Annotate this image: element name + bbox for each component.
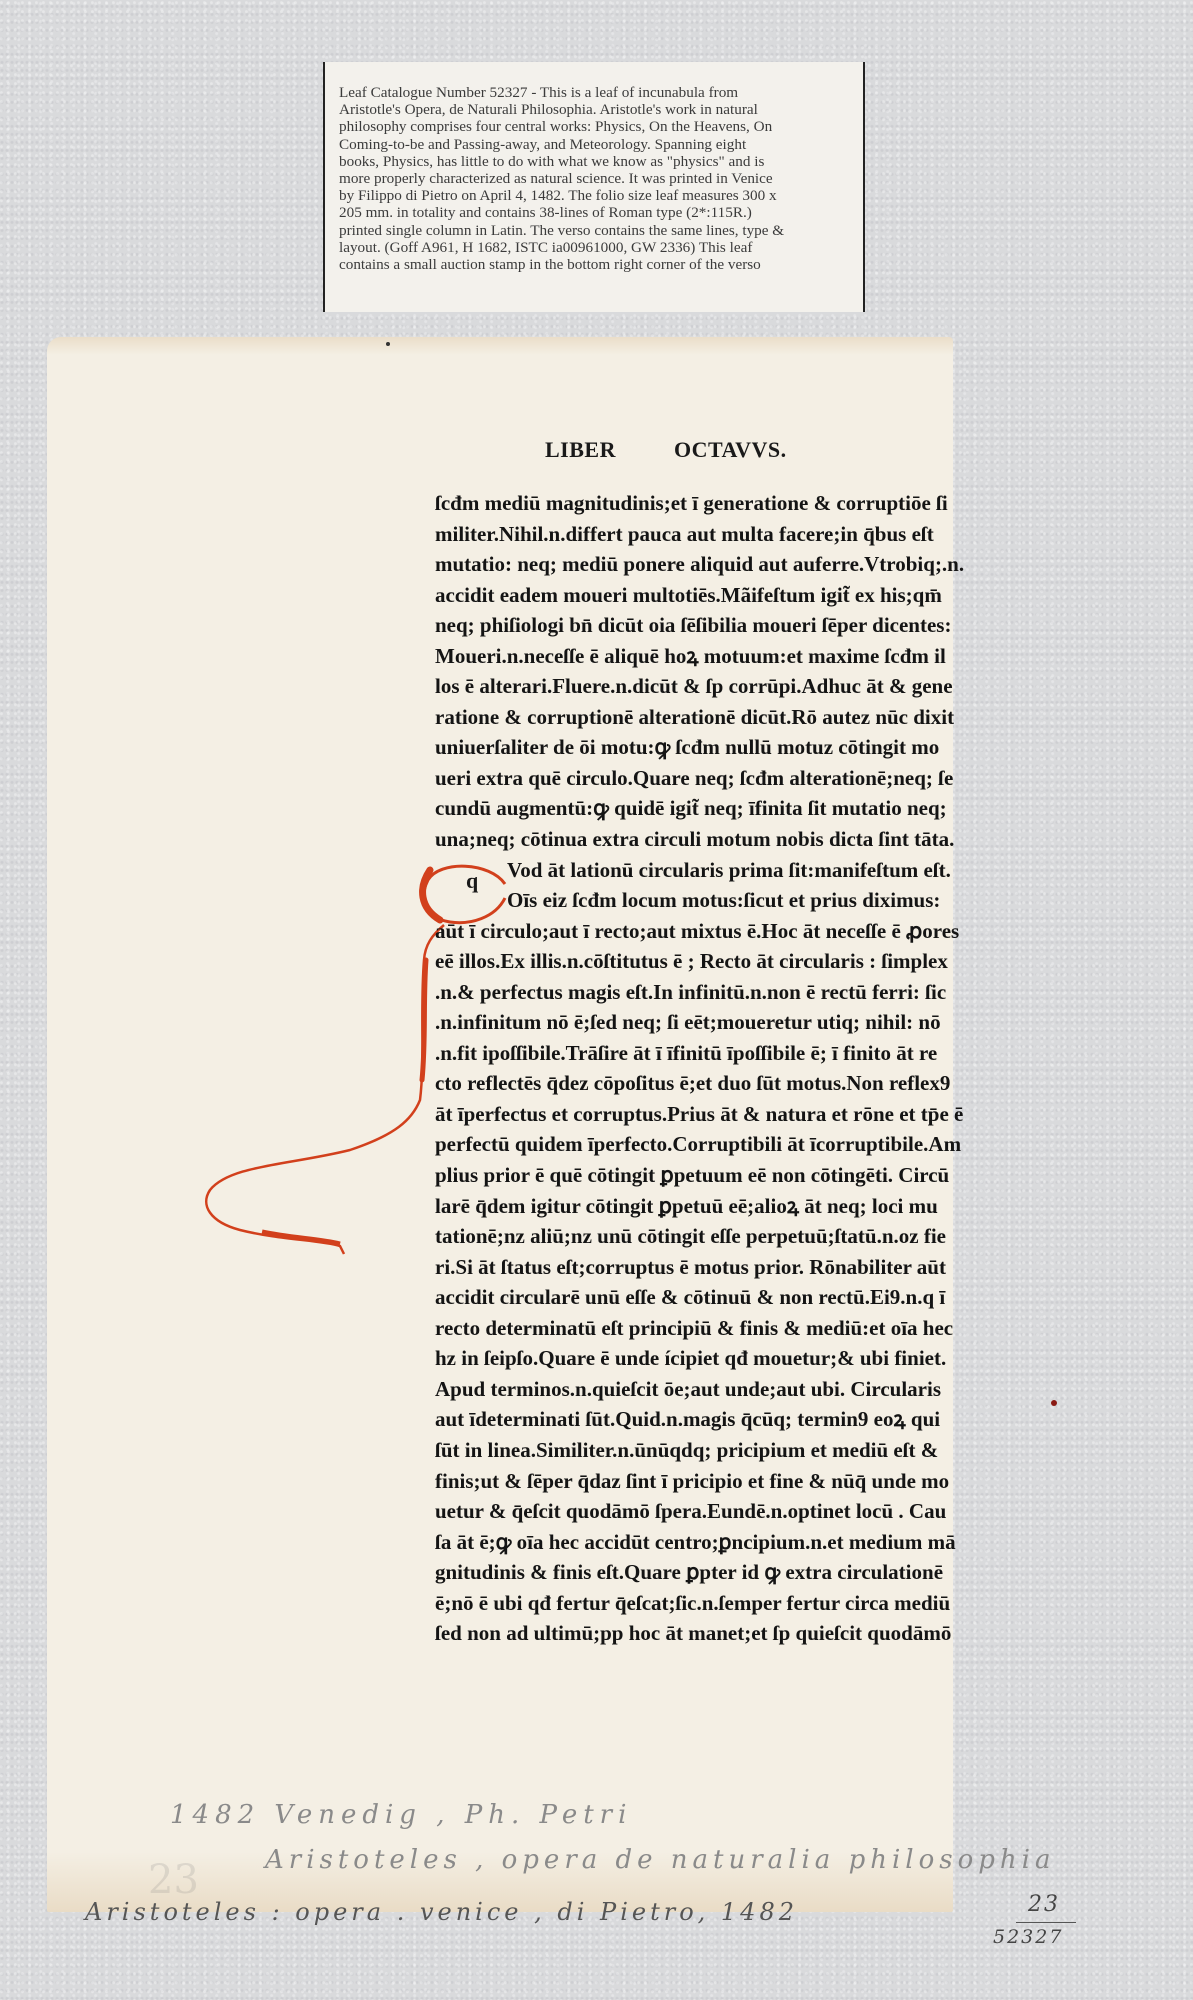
text-line: ratione & corruptionē alterationē dicūt.… xyxy=(435,702,1035,733)
text-line: neq; phiſiologi bn̄ dicūt oia ſēſibilia … xyxy=(435,610,1035,641)
label-line: more properly characterized as natural s… xyxy=(339,170,849,187)
pencil-annotation-line1: 1482 Venedig , Ph. Petri xyxy=(170,1800,632,1830)
text-line: plius prior ē quē cōtingit ꝑpetuum eē no… xyxy=(435,1160,1035,1191)
label-line: Aristotle's Opera, de Naturali Philosoph… xyxy=(339,101,849,118)
text-line: ſūt in linea.Similiter.n.ūnūqdq; pricipi… xyxy=(435,1435,1035,1466)
rubric-speck-dot xyxy=(1051,1400,1057,1406)
latin-text-block: ſcđm mediū magnitudinis;et ī generatione… xyxy=(435,488,1035,1649)
catalogue-number: 52327 xyxy=(993,1926,1063,1948)
label-line: 205 mm. in totality and contains 38-line… xyxy=(339,204,849,221)
text-line: tationē;nz aliū;nz unū cōtingit eſſe per… xyxy=(435,1221,1035,1252)
text-line: gnitudinis & finis eſt.Quare ꝑpter id ꝙ … xyxy=(435,1557,1035,1588)
label-line: Leaf Catalogue Number 52327 - This is a … xyxy=(339,84,849,101)
text-line: aūt ī circulo;aut ī recto;aut mixtus ē.H… xyxy=(435,916,1035,947)
text-line: Vod āt lationū circularis prima ſit:mani… xyxy=(435,855,1035,886)
text-line: militer.Nihil.n.differt pauca aut multa … xyxy=(435,519,1035,550)
ink-annotation-line: Aristoteles : opera . venice , di Pietro… xyxy=(85,1898,798,1926)
catalogue-label: Leaf Catalogue Number 52327 - This is a … xyxy=(323,62,865,312)
text-line: .n.fit ipoſſibile.Trāſire āt ī īfinitū ī… xyxy=(435,1038,1035,1069)
text-line: uetur & q̄eſcit quodāmō ſpera.Eundē.n.op… xyxy=(435,1496,1035,1527)
text-line: āt īperfectus et corruptus.Prius āt & na… xyxy=(435,1099,1035,1130)
text-line: aut īdeterminati ſūt.Quid.n.magis q̄cūq;… xyxy=(435,1404,1035,1435)
text-line: una;neq; cōtinua extra circuli motum nob… xyxy=(435,824,1035,855)
pencil-annotation-line2: Aristoteles , opera de naturalia philoso… xyxy=(265,1845,1055,1875)
fraction-divider xyxy=(1016,1922,1076,1923)
text-line: Oīs eiz ſcđm locum motus:ſicut et prius … xyxy=(435,885,1035,916)
text-line: ſcđm mediū magnitudinis;et ī generatione… xyxy=(435,488,1035,519)
text-line: los ē alterari.Fluere.n.dicūt & ſp corrū… xyxy=(435,671,1035,702)
text-line: ſa āt ē;ꝙ oīa hec accidūt centro;ꝑncipiu… xyxy=(435,1527,1035,1558)
text-line: ē;nō ē ubi qđ fertur q̄eſcat;ſic.n.ſempe… xyxy=(435,1588,1035,1619)
leaf-number: 23 xyxy=(1028,1892,1060,1917)
running-head-liber: LIBER xyxy=(545,437,616,463)
text-line: hz in ſeipſo.Quare ē unde ícipiet qđ mou… xyxy=(435,1343,1035,1374)
label-line: philosophy comprises four central works:… xyxy=(339,118,849,135)
text-line: ueri extra quē circulo.Quare neq; ſcđm a… xyxy=(435,763,1035,794)
text-line: cto reflectēs q̄dez cōpoſitus ē;et duo ſ… xyxy=(435,1068,1035,1099)
label-line: Coming-to-be and Passing-away, and Meteo… xyxy=(339,136,849,153)
running-head-octavus: OCTAVVS. xyxy=(674,437,787,463)
text-line: .n.infinitum nō ē;ſed neq; ſi eēt;mouere… xyxy=(435,1007,1035,1038)
ink-speck-dot xyxy=(386,342,390,346)
running-head: LIBEROCTAVVS. xyxy=(545,437,945,463)
text-line: finis;ut & ſēper q̄daz ſint ī pricipio e… xyxy=(435,1466,1035,1497)
label-line: contains a small auction stamp in the bo… xyxy=(339,256,849,273)
text-line: eē illos.Ex illis.n.cōſtitutus ē ; Recto… xyxy=(435,946,1035,977)
label-line: by Filippo di Pietro on April 4, 1482. T… xyxy=(339,187,849,204)
text-line: Apud terminos.n.quieſcit ōe;aut unde;aut… xyxy=(435,1374,1035,1405)
text-line: accidit eadem moueri multotiēs.Mãifeſtum… xyxy=(435,580,1035,611)
text-line: larē q̄dem igitur cōtingit ꝑpetuū eē;ali… xyxy=(435,1191,1035,1222)
text-line: uniuerſaliter de ōi motu:ꝙ ſcđm nullū mo… xyxy=(435,732,1035,763)
text-line: Moueri.n.neceſſe ē aliquē hoꝝ motuum:et … xyxy=(435,641,1035,672)
text-line: perfectū quidem īperfecto.Corruptibili ā… xyxy=(435,1129,1035,1160)
text-line: cundū augmentū:ꝙ quidē igit̃ neq; īfinit… xyxy=(435,793,1035,824)
text-line: recto determinatū eſt principiū & finis … xyxy=(435,1313,1035,1344)
text-line: mutatio: neq; mediū ponere aliquid aut a… xyxy=(435,549,1035,580)
label-line: layout. (Goff A961, H 1682, ISTC ia00961… xyxy=(339,239,849,256)
text-line: ri.Si āt ſtatus eſt;corruptus ē motus pr… xyxy=(435,1252,1035,1283)
text-line: accidit circularē unū eſſe & cōtinuū & n… xyxy=(435,1282,1035,1313)
label-line: books, Physics, has little to do with wh… xyxy=(339,153,849,170)
text-line: ſed non ad ultimū;pp hoc āt manet;et ſp … xyxy=(435,1618,1035,1649)
offset-ghost-number: 23 xyxy=(148,1857,199,1903)
label-line: printed single column in Latin. The vers… xyxy=(339,222,849,239)
text-line: .n.& perfectus magis eſt.In infinitū.n.n… xyxy=(435,977,1035,1008)
